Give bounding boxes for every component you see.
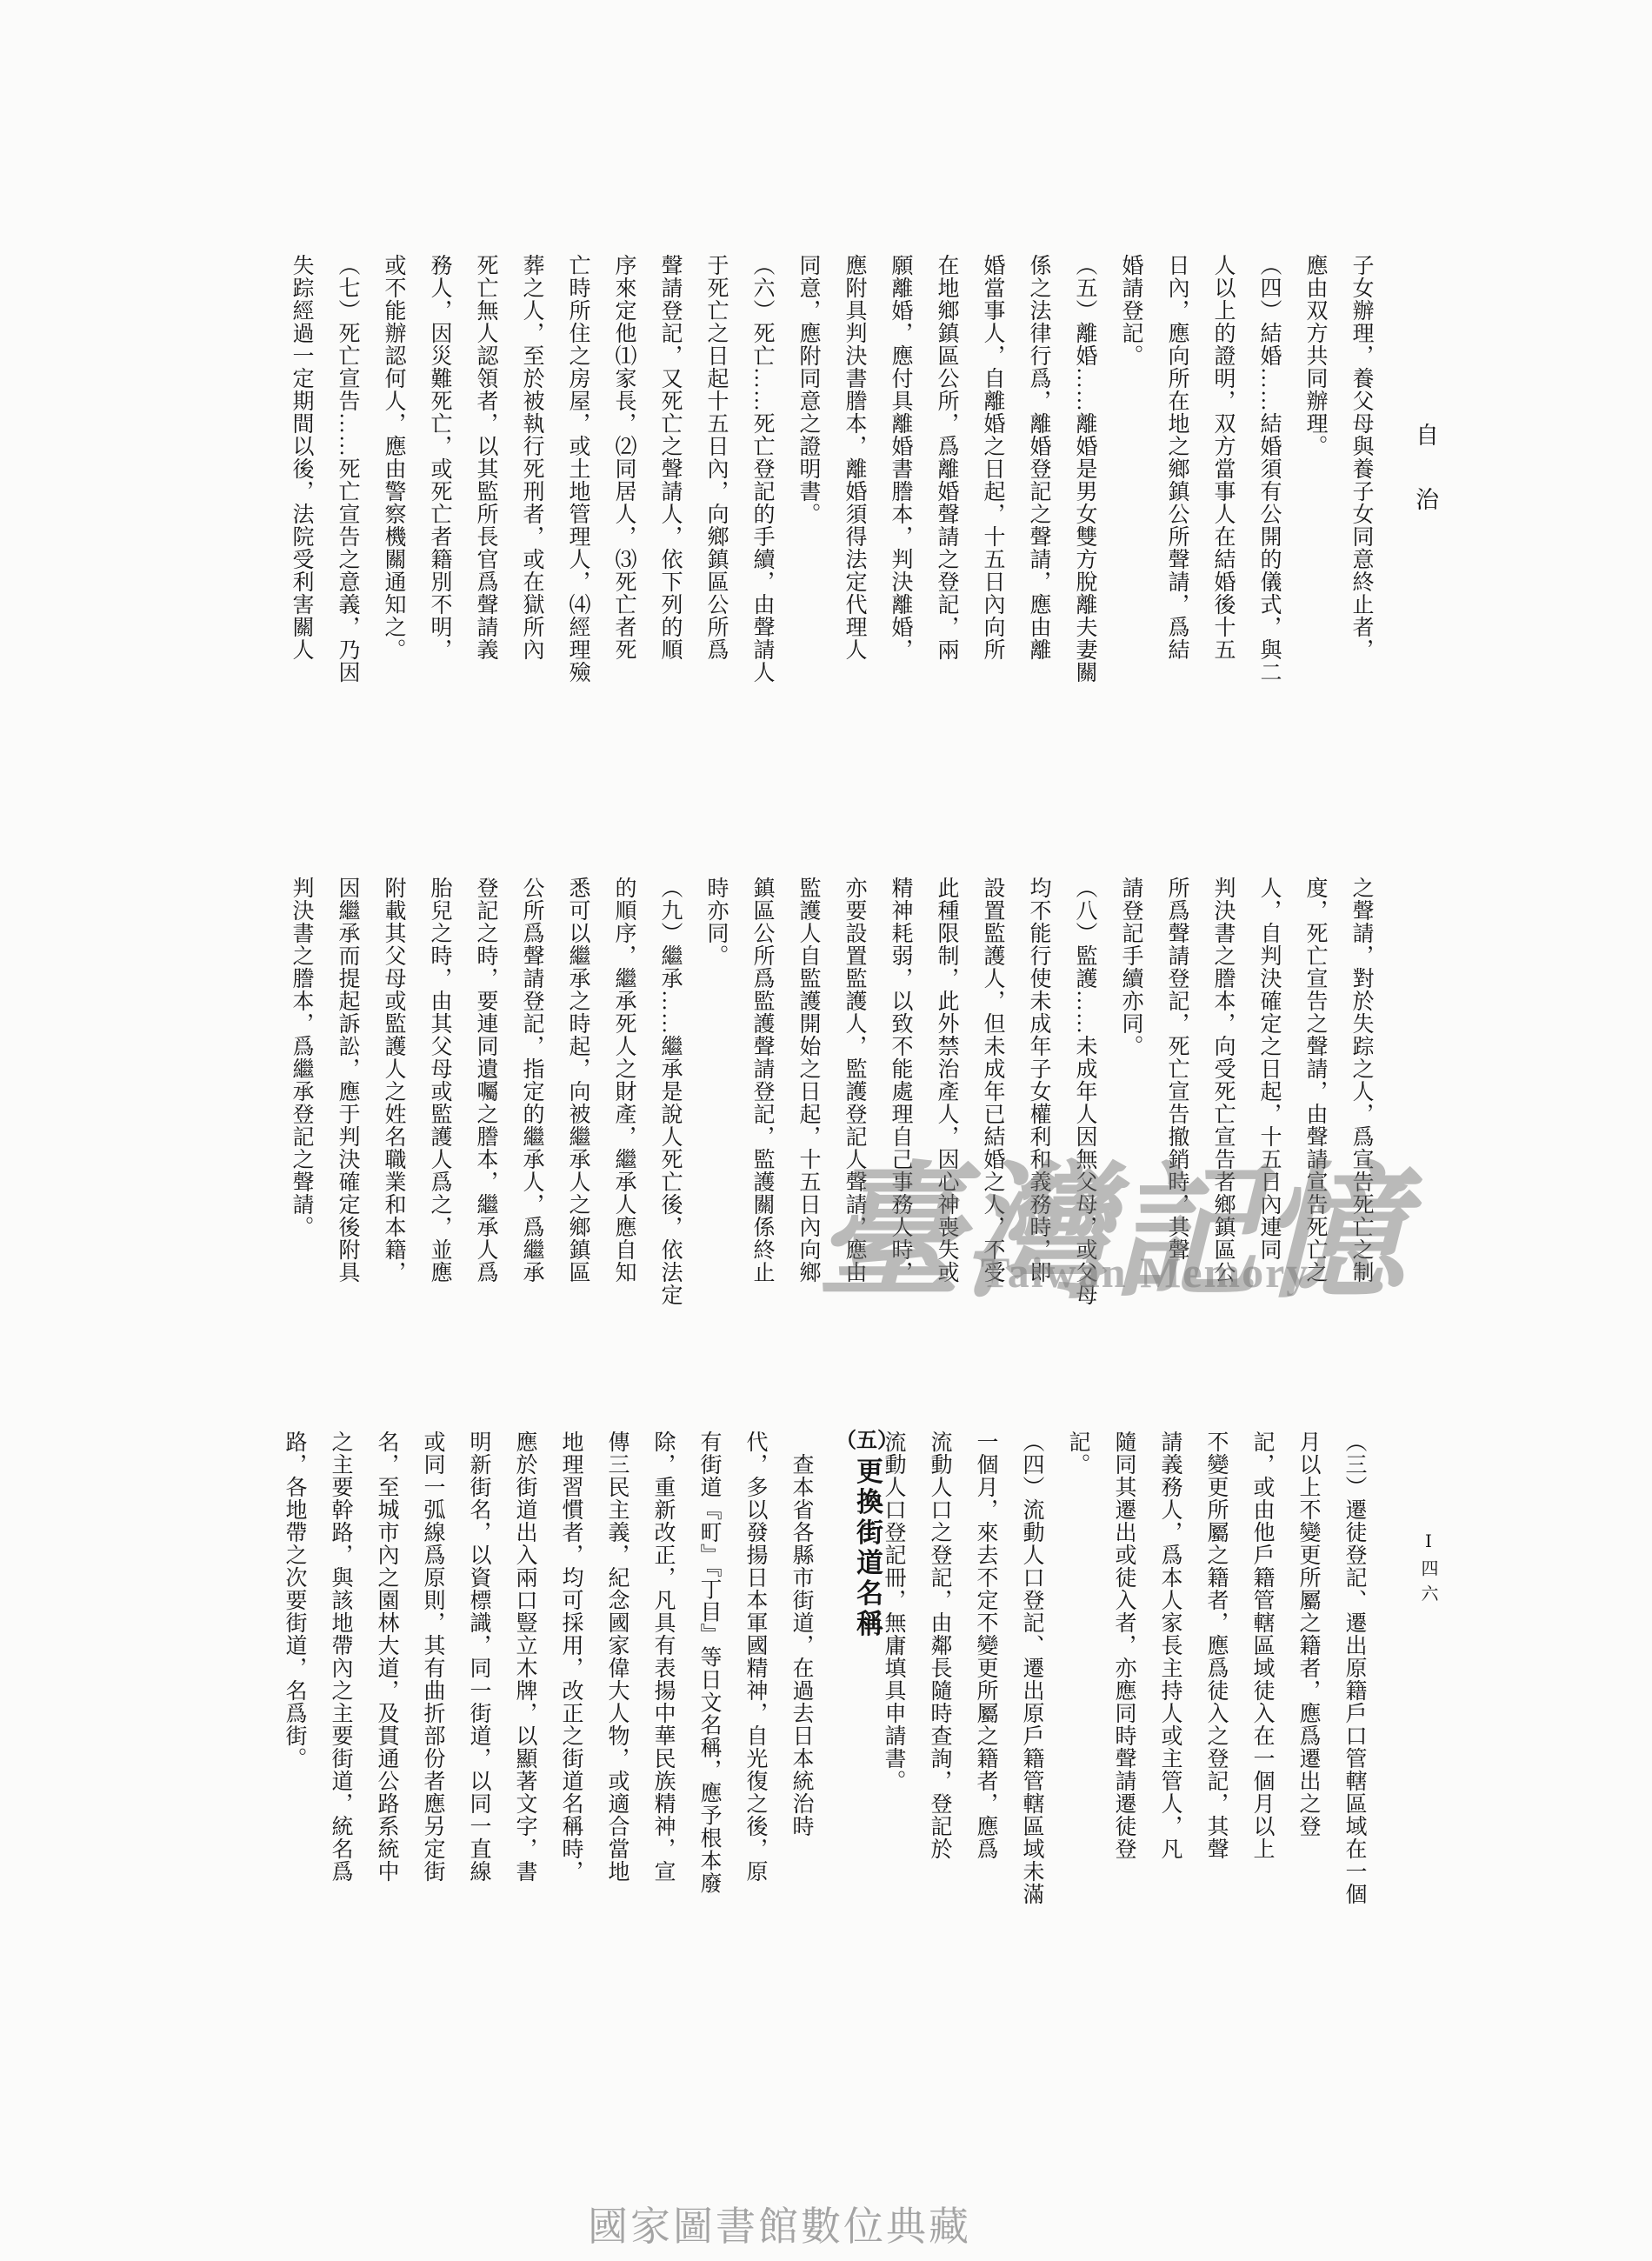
column-text: 判決書之謄本，爲繼承登記之聲請。 (290, 877, 313, 1238)
column-text: 在地鄉鎮區公所，爲離婚聲請之登記，兩 (935, 254, 958, 661)
column-text: 務人，因災難死亡，或死亡者籍別不明， (428, 254, 451, 661)
text-column: 判決書之謄本，向受死亡宣告者鄉鎮區公 (1211, 877, 1234, 1284)
column-text: 聲請登記，又死亡之聲請人，依下列的順 (658, 254, 682, 661)
column-text: 更換街道名稱 (852, 1457, 883, 1640)
column-text: 隨同其遷出或徒入者，亦應同時聲請遷徒登 (1112, 1431, 1136, 1860)
text-column: 死亡無人認領者，以其監所長官爲聲請義 (474, 254, 496, 661)
text-column: 子女辦理，養父母與養子女同意終止者， (1349, 254, 1372, 661)
column-text: 悉可以繼承之時起，向被繼承人之鄉鎮區 (566, 877, 590, 1284)
text-column: 有街道『町』『丁目』等日文名稱，應予根本廢 (697, 1431, 720, 1895)
text-column: 之聲請，對於失踪之人，爲宣告死亡之制 (1349, 877, 1372, 1284)
text-column: 務人，因災難死亡，或死亡者籍別不明， (428, 254, 450, 661)
text-column: 在地鄉鎮區公所，爲離婚聲請之登記，兩 (935, 254, 957, 661)
column-text: （三）遷徒登記、遷出原籍戶口管轄區域在一個 (1342, 1431, 1366, 1905)
text-column: 失踪經過一定期間以後，法院受利害關人 (290, 254, 312, 661)
text-column: 公所爲聲請登記，指定的繼承人，爲繼承 (520, 877, 543, 1284)
column-text: 精神耗弱，以致不能處理自己事務人時， (889, 877, 912, 1284)
text-column: 願離婚，應付具離婚書謄本，判決離婚， (889, 254, 911, 661)
column-text: 之主要幹路，與該地帶內之主要街道，統名爲 (329, 1431, 352, 1883)
text-column: 係之法律行爲，離婚登記之聲請，應由離 (1027, 254, 1049, 661)
text-column: 傳三民主義，紀念國家偉大人物，或適合當地 (605, 1431, 628, 1883)
text-column: 流動人口之登記，由鄰長隨時查詢，登記於 (928, 1431, 950, 1860)
column-text: 胎兒之時，由其父母或監護人爲之，並應 (428, 877, 451, 1284)
column-text: 有街道『町』『丁目』等日文名稱，應予根本廢 (697, 1431, 721, 1895)
text-column: 亡時所住之房屋，或土地管理人，⑷經理殮 (566, 254, 589, 684)
column-text: 流動人口之登記，由鄰長隨時查詢，登記於 (928, 1431, 951, 1860)
column-text: 人，自判決確定之日起，十五日內連同 (1257, 877, 1281, 1261)
column-text: 鎮區公所爲監護聲請登記，監護關係終止 (750, 877, 774, 1284)
column-text: 公所爲聲請登記，指定的繼承人，爲繼承 (520, 877, 543, 1284)
text-column: 請登記手續亦同。 (1119, 877, 1142, 1057)
column-text: 人以上的證明，双方當事人在結婚後十五 (1211, 254, 1235, 661)
column-text: 設置監護人，但未成年已結婚之人，不受 (981, 877, 1004, 1284)
column-text: 傳三民主義，紀念國家偉大人物，或適合當地 (605, 1431, 629, 1883)
text-column: 或同一弧線爲原則，其有曲折部份者應另定街 (421, 1431, 443, 1883)
text-column: （三）遷徒登記、遷出原籍戶口管轄區域在一個 (1342, 1431, 1365, 1905)
column-text: 記。 (1066, 1431, 1089, 1476)
column-text: 序來定他⑴家長，⑵同居人，⑶死亡者死 (612, 254, 636, 661)
column-text: 死亡無人認領者，以其監所長官爲聲請義 (474, 254, 497, 661)
column-text: 此種限制，此外禁治產人，因心神喪失或 (935, 877, 958, 1284)
column-text: （八）監護……未成年人因無父母，或父母 (1073, 877, 1096, 1306)
column-text: （四）流動人口登記、遷出原戶籍管轄區域未滿 (1020, 1431, 1043, 1905)
text-column: 葬之人，至於被執行死刑者，或在獄所內 (520, 254, 543, 661)
column-text: 亡時所住之房屋，或土地管理人，⑷經理殮 (566, 254, 590, 684)
column-text: 路，各地帶之次要街道，名爲街。 (283, 1431, 306, 1770)
column-text: 願離婚，應付具離婚書謄本，判決離婚， (889, 254, 912, 661)
column-text: 因繼承而提起訴訟，應于判決確定後附具 (336, 877, 359, 1284)
text-column: 應附具判決書謄本，離婚須得法定代理人 (843, 254, 865, 661)
text-column: 鎮區公所爲監護聲請登記，監護關係終止 (750, 877, 773, 1284)
text-column: 地理習慣者，均可採用，改正之街道名稱時， (559, 1431, 582, 1883)
text-column: 明新街名，以資標識，同一街道，以同一直線 (467, 1431, 490, 1883)
text-column: （五）離婚……離婚是男女雙方脫離夫妻關 (1073, 254, 1096, 684)
column-text: 記，或由他戶籍管轄區域徒入在一個月以上 (1250, 1431, 1274, 1860)
column-text: 或不能辦認何人，應由警察機關通知之。 (382, 254, 405, 661)
text-column: 不變更所屬之籍者，應爲徒入之登記，其聲 (1204, 1431, 1227, 1860)
text-column: 除，重新改正，凡具有表揚中華民族精神，宣 (651, 1431, 674, 1883)
column-text: 除，重新改正，凡具有表揚中華民族精神，宣 (651, 1431, 675, 1883)
section-heading: （五）更換街道名稱 (836, 1431, 898, 1640)
text-column: 的順序，繼承死人之財產，繼承人應自知 (612, 877, 635, 1284)
text-column: 附載其父母或監護人之姓名職業和本籍， (382, 877, 404, 1284)
text-column: 記。 (1066, 1431, 1089, 1476)
text-column: 一個月，來去不定不變更所屬之籍者，應爲 (974, 1431, 996, 1860)
column-text: 請義務人，爲本人家長主持人或主管人，凡 (1158, 1431, 1182, 1860)
column-text: 一個月，來去不定不變更所屬之籍者，應爲 (974, 1431, 997, 1860)
column-text: 或同一弧線爲原則，其有曲折部份者應另定街 (421, 1431, 444, 1883)
column-text: 應由双方共同辦理。 (1303, 254, 1327, 457)
column-text: 應附具判決書謄本，離婚須得法定代理人 (843, 254, 866, 661)
column-text: 月以上不變更所屬之籍者，應爲遷出之登 (1296, 1431, 1320, 1837)
scanned-document-page: 自治 Ⅰ四六 子女辦理，養父母與養子女同意終止者，應由双方共同辦理。（四）結婚…… (0, 0, 1652, 2261)
text-column: 請義務人，爲本人家長主持人或主管人，凡 (1158, 1431, 1181, 1860)
column-text: 地理習慣者，均可採用，改正之街道名稱時， (559, 1431, 583, 1883)
text-column: （九）繼承……繼承是說人死亡後，依法定 (658, 877, 681, 1306)
text-column: 同意，應附同意之證明書。 (796, 254, 819, 525)
column-text: （五）離婚……離婚是男女雙方脫離夫妻關 (1073, 254, 1096, 684)
text-column: 應於街道出入兩口豎立木牌，以顯著文字，書 (513, 1431, 536, 1883)
column-text: 婚當事人，自離婚之日起，十五日內向所 (981, 254, 1004, 661)
text-column: 名，至城市內之園林大道，及貫通公路系統中 (375, 1431, 397, 1883)
column-text: （七）死亡宣告……死亡宣告之意義，乃因 (336, 254, 359, 684)
text-column: 應由双方共同辦理。 (1303, 254, 1326, 457)
column-text: 判決書之謄本，向受死亡宣告者鄉鎮區公 (1211, 877, 1235, 1284)
text-column: 于死亡之日起十五日內，向鄉鎮區公所爲 (704, 254, 727, 661)
text-column: 時亦同。 (704, 877, 727, 967)
column-text: 之聲請，對於失踪之人，爲宣告死亡之制 (1349, 877, 1373, 1284)
column-text: （四）結婚……結婚須有公開的儀式，與二 (1257, 254, 1281, 684)
column-text: 不變更所屬之籍者，應爲徒入之登記，其聲 (1204, 1431, 1228, 1860)
column-text: 于死亡之日起十五日內，向鄉鎮區公所爲 (704, 254, 728, 661)
column-text: 同意，應附同意之證明書。 (796, 254, 820, 525)
column-text: 葬之人，至於被執行死刑者，或在獄所內 (520, 254, 543, 661)
text-column: 精神耗弱，以致不能處理自己事務人時， (889, 877, 911, 1284)
column-text: 的順序，繼承死人之財產，繼承人應自知 (612, 877, 636, 1284)
text-column: 此種限制，此外禁治產人，因心神喪失或 (935, 877, 957, 1284)
column-text: 均不能行使未成年子女權利和義務時，即 (1027, 877, 1050, 1284)
column-text: 日內，應向所在地之鄉鎮公所聲請，爲結 (1165, 254, 1189, 661)
column-text: 附載其父母或監護人之姓名職業和本籍， (382, 877, 405, 1284)
column-text: 名，至城市內之園林大道，及貫通公路系統中 (375, 1431, 398, 1883)
column-text: （九）繼承……繼承是說人死亡後，依法定 (658, 877, 682, 1306)
text-column: 之主要幹路，與該地帶內之主要街道，統名爲 (329, 1431, 351, 1883)
column-text: 失踪經過一定期間以後，法院受利害關人 (290, 254, 313, 661)
text-column: 記，或由他戶籍管轄區域徒入在一個月以上 (1250, 1431, 1273, 1860)
text-column: （四）流動人口登記、遷出原戶籍管轄區域未滿 (1020, 1431, 1042, 1905)
column-text: （六）死亡……死亡登記的手續，由聲請人 (750, 254, 774, 684)
column-text: 度，死亡宣告之聲請，由聲請宣告死亡之 (1303, 877, 1327, 1284)
text-column: 隨同其遷出或徒入者，亦應同時聲請遷徒登 (1112, 1431, 1135, 1860)
column-text: 監護人自監護開始之日起，十五日內向鄉 (796, 877, 820, 1284)
text-column: 度，死亡宣告之聲請，由聲請宣告死亡之 (1303, 877, 1326, 1284)
text-column: 或不能辦認何人，應由警察機關通知之。 (382, 254, 404, 661)
text-column: （八）監護……未成年人因無父母，或父母 (1073, 877, 1096, 1306)
section-number: （五） (836, 1431, 898, 1452)
column-text: 時亦同。 (704, 877, 728, 967)
column-text: 請登記手續亦同。 (1119, 877, 1142, 1057)
text-column: 判決書之謄本，爲繼承登記之聲請。 (290, 877, 312, 1238)
text-column: 亦要設置監護人，監護登記人聲請，應由 (843, 877, 865, 1284)
column-text: 所爲聲請登記，死亡宣告撤銷時，其聲 (1165, 877, 1189, 1261)
text-column: 路，各地帶之次要街道，名爲街。 (283, 1431, 305, 1770)
text-column: 悉可以繼承之時起，向被繼承人之鄉鎮區 (566, 877, 589, 1284)
column-text: 子女辦理，養父母與養子女同意終止者， (1349, 254, 1373, 661)
text-column: （六）死亡……死亡登記的手續，由聲請人 (750, 254, 773, 684)
text-column: 均不能行使未成年子女權利和義務時，即 (1027, 877, 1049, 1284)
text-column: 因繼承而提起訴訟，應于判決確定後附具 (336, 877, 358, 1284)
page-header-title: 自治 (1409, 423, 1442, 551)
text-column: （四）結婚……結婚須有公開的儀式，與二 (1257, 254, 1280, 684)
page-number: Ⅰ四六 (1416, 1531, 1441, 1610)
text-column: 婚當事人，自離婚之日起，十五日內向所 (981, 254, 1003, 661)
text-column: 日內，應向所在地之鄉鎮公所聲請，爲結 (1165, 254, 1188, 661)
text-column: 胎兒之時，由其父母或監護人爲之，並應 (428, 877, 450, 1284)
text-column: （七）死亡宣告……死亡宣告之意義，乃因 (336, 254, 358, 684)
text-column: 月以上不變更所屬之籍者，應爲遷出之登 (1296, 1431, 1319, 1837)
text-column: 人，自判決確定之日起，十五日內連同 (1257, 877, 1280, 1261)
column-text: 明新街名，以資標識，同一街道，以同一直線 (467, 1431, 490, 1883)
text-column: 人以上的證明，双方當事人在結婚後十五 (1211, 254, 1234, 661)
text-column: 查本省各縣市街道，在過去日本統治時 (789, 1431, 812, 1837)
text-column: 監護人自監護開始之日起，十五日內向鄉 (796, 877, 819, 1284)
footer-caption: 國家圖書館數位典藏 (588, 2195, 971, 2252)
column-text: 登記之時，要連同遺囑之謄本，繼承人爲 (474, 877, 497, 1284)
text-column: 聲請登記，又死亡之聲請人，依下列的順 (658, 254, 681, 661)
text-column: 登記之時，要連同遺囑之謄本，繼承人爲 (474, 877, 496, 1284)
column-text: 查本省各縣市街道，在過去日本統治時 (789, 1431, 813, 1837)
text-column: 所爲聲請登記，死亡宣告撤銷時，其聲 (1165, 877, 1188, 1261)
column-text: 婚請登記。 (1119, 254, 1142, 367)
column-text: 亦要設置監護人，監護登記人聲請，應由 (843, 877, 866, 1284)
text-column: 設置監護人，但未成年已結婚之人，不受 (981, 877, 1003, 1284)
column-text: 係之法律行爲，離婚登記之聲請，應由離 (1027, 254, 1050, 661)
text-column: 代，多以發揚日本軍國精神，自光復之後，原 (743, 1431, 766, 1883)
text-column: 婚請登記。 (1119, 254, 1142, 367)
column-text: 應於街道出入兩口豎立木牌，以顯著文字，書 (513, 1431, 536, 1883)
column-text: 代，多以發揚日本軍國精神，自光復之後，原 (743, 1431, 767, 1883)
text-column: 序來定他⑴家長，⑵同居人，⑶死亡者死 (612, 254, 635, 661)
